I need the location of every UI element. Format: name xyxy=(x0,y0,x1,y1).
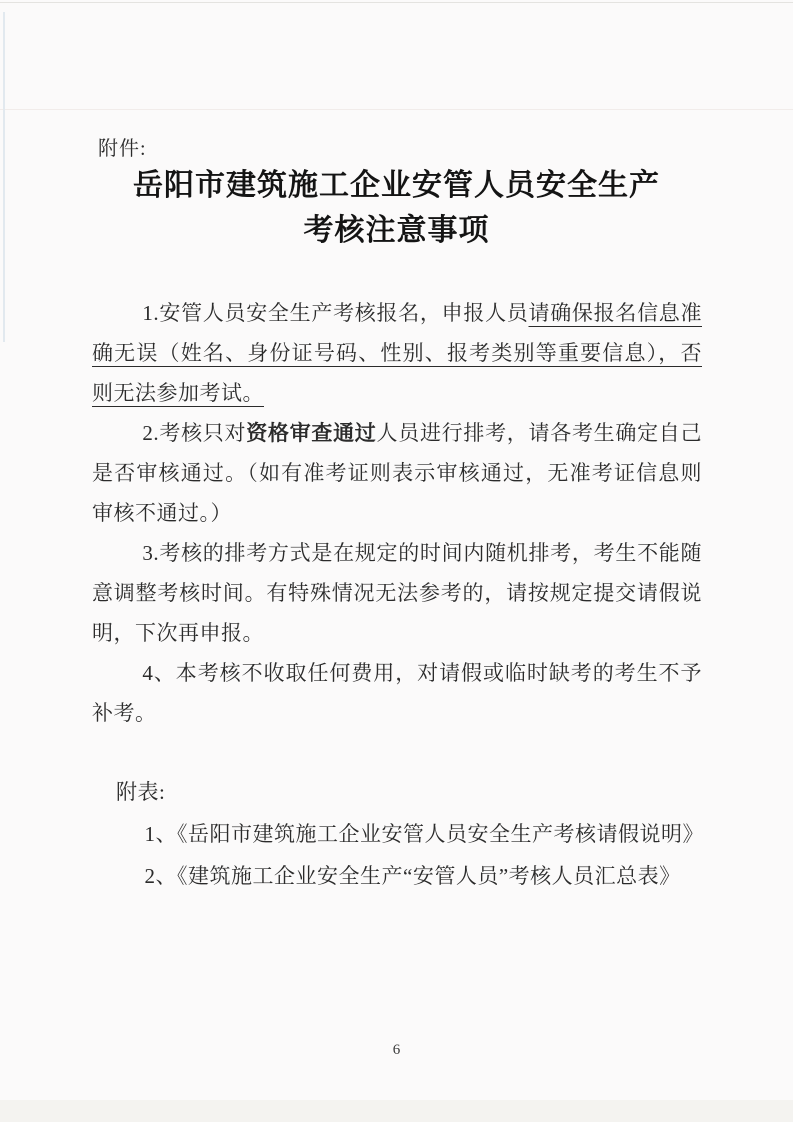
appendix-section: 附表: 1、《岳阳市建筑施工企业安管人员安全生产考核请假说明》 2、《建筑施工企… xyxy=(92,771,702,897)
appendix-item-1: 1、《岳阳市建筑施工企业安管人员安全生产考核请假说明》 xyxy=(92,813,702,855)
appendix-label: 附表: xyxy=(116,771,702,813)
paragraph-3: 3.考核的排考方式是在规定的时间内随机排考，考生不能随意调整考核时间。有特殊情况… xyxy=(92,533,702,653)
scan-edge-line-upper xyxy=(0,109,793,110)
attachment-label: 附件: xyxy=(98,136,147,162)
appendix-item-2: 2、《建筑施工企业安全生产“安管人员”考核人员汇总表》 xyxy=(92,855,702,897)
scan-edge-line-top xyxy=(0,2,793,3)
scanned-document-page: 附件: 岳阳市建筑施工企业安管人员安全生产 考核注意事项 1.安管人员安全生产考… xyxy=(0,0,793,1122)
document-title: 岳阳市建筑施工企业安管人员安全生产 考核注意事项 xyxy=(0,163,793,253)
paragraph-1-text: 1.安管人员安全生产考核报名，申报人员 xyxy=(142,301,528,325)
document-title-line-2: 考核注意事项 xyxy=(0,208,793,253)
page-number: 6 xyxy=(0,1040,793,1060)
document-title-line-1: 岳阳市建筑施工企业安管人员安全生产 xyxy=(0,163,793,208)
paragraph-2-text: 2.考核只对 xyxy=(142,421,246,445)
paragraph-2-bold-text: 资格审查通过 xyxy=(246,421,376,445)
paragraph-1: 1.安管人员安全生产考核报名，申报人员请确保报名信息准确无误（姓名、身份证号码、… xyxy=(92,293,702,413)
paragraph-2: 2.考核只对资格审查通过人员进行排考，请各考生确定自己是否审核通过。（如有准考证… xyxy=(92,413,702,533)
document-body: 1.安管人员安全生产考核报名，申报人员请确保报名信息准确无误（姓名、身份证号码、… xyxy=(92,293,702,733)
scan-edge-strip-bottom xyxy=(0,1100,793,1122)
paragraph-4: 4、本考核不收取任何费用，对请假或临时缺考的考生不予补考。 xyxy=(92,653,702,733)
